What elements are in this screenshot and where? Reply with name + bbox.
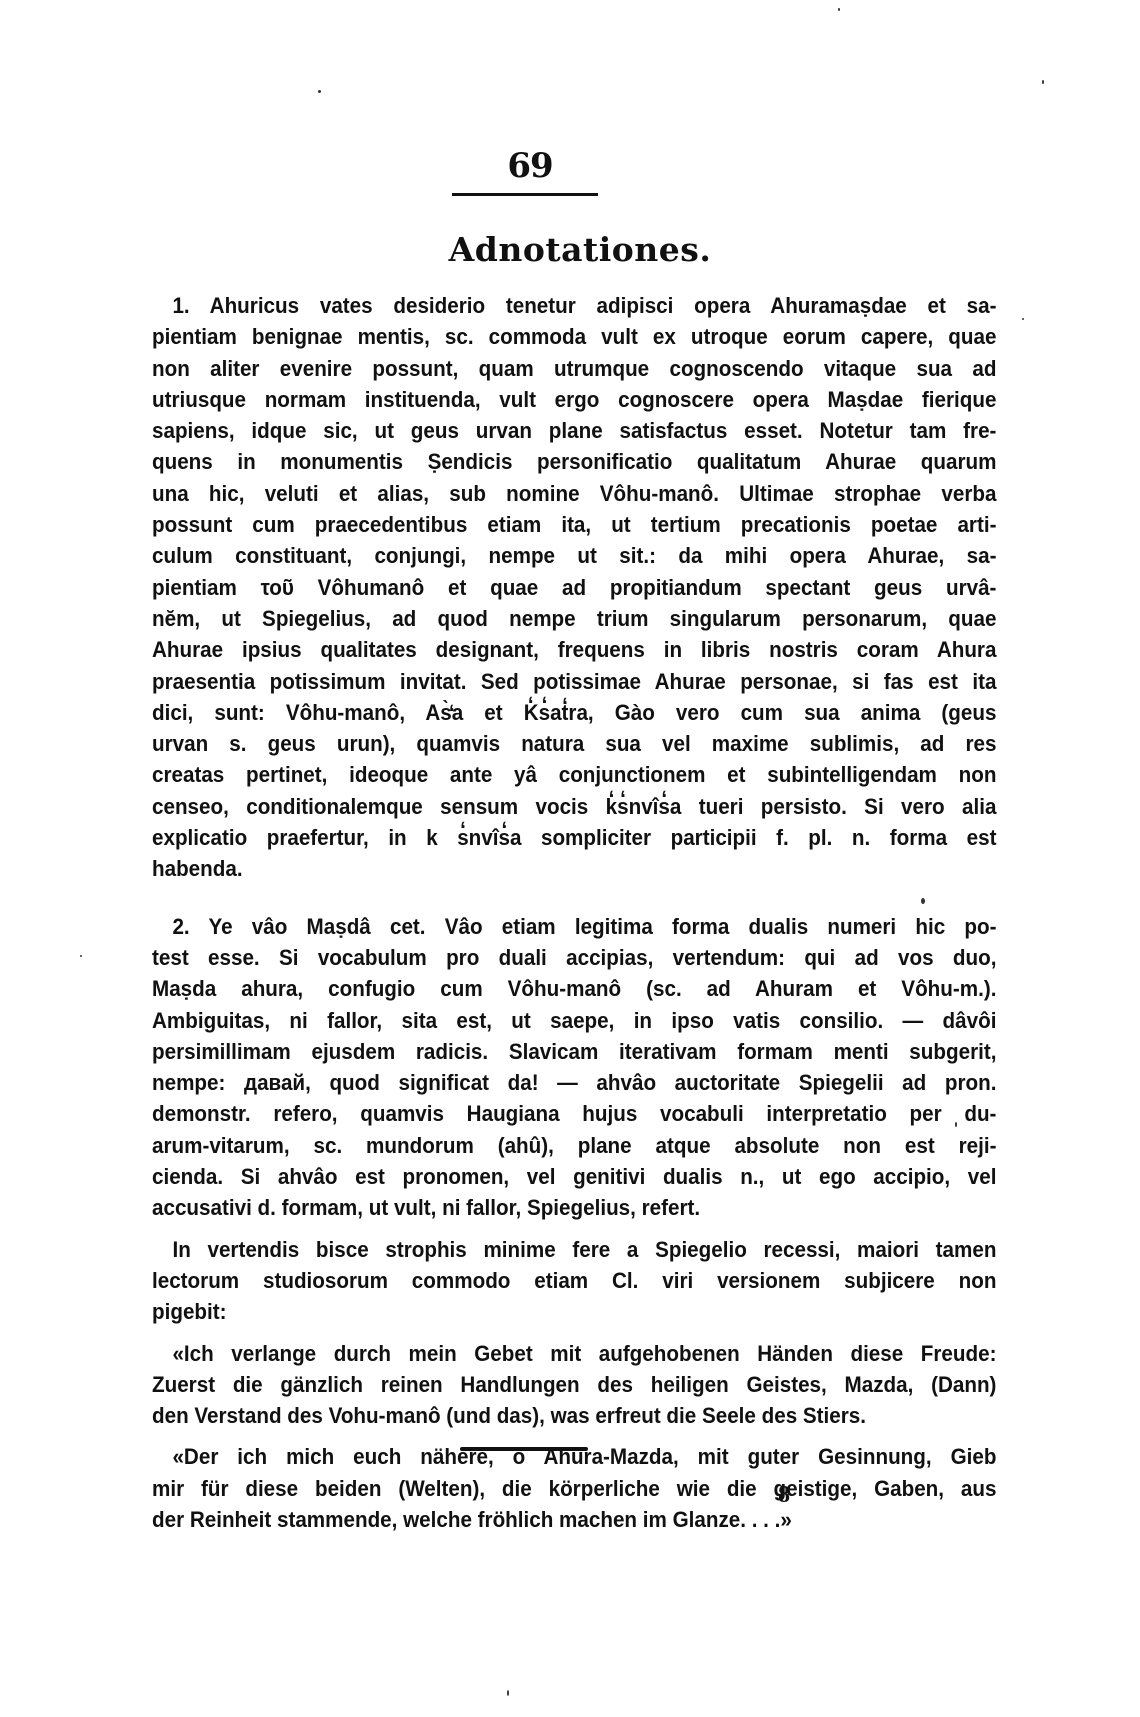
scan-speck <box>507 1690 509 1696</box>
scan-speck <box>318 90 321 93</box>
note-line: nempe: давай, quod significat da! — ahvâ… <box>152 1067 996 1098</box>
note-line: creatas pertinet, ideoque ante yâ conjun… <box>152 759 996 790</box>
note-line: praesentia potissimum invitat. Sed potis… <box>152 666 996 697</box>
scan-speck <box>921 898 925 904</box>
page-number: 69 <box>470 146 590 186</box>
note-line: una hic, veluti et alias, sub nomine Vôh… <box>152 478 996 509</box>
quote-line: Zuerst die gänzlich reinen Handlungen de… <box>152 1369 996 1400</box>
note-line: Maṣda ahura, confugio cum Vôhu-manô (sc.… <box>152 973 996 1004</box>
quote-2: «Der ich mich euch nähere, o Ahura-Mazda… <box>152 1441 996 1535</box>
note-line: arum-vitarum, sc. mundorum (ahû), plane … <box>152 1130 996 1161</box>
note-line: 1. Ahuricus vates desiderio tenetur adip… <box>152 290 996 321</box>
note-line: nĕm, ut Spiegelius, ad quod nempe trium … <box>152 603 996 634</box>
note-1: 1. Ahuricus vates desiderio tenetur adip… <box>152 290 996 885</box>
signature-mark: 8 <box>778 1480 790 1510</box>
note-line: accusativi d. formam, ut vult, ni fallor… <box>152 1192 996 1223</box>
note-line: persimillimam ejusdem radicis. Slavicam … <box>152 1036 996 1067</box>
note-line: 2. Ye vâo Maṣdâ cet. Vâo etiam legitima … <box>152 911 996 942</box>
note-line: explicatio praefertur, in k s̒nvîs̒a som… <box>152 822 996 853</box>
intro-line: In vertendis bisce strophis minime fere … <box>152 1234 996 1265</box>
page-title: Adnotationes. <box>300 228 860 272</box>
annotations-body: 1. Ahuricus vates desiderio tenetur adip… <box>152 290 996 1535</box>
intro-line: lectorum studiosorum commodo etiam Cl. v… <box>152 1265 996 1296</box>
note-line: demonstr. refero, quamvis Haugiana hujus… <box>152 1098 996 1129</box>
note-number: 1. <box>172 293 189 318</box>
note-line: sapiens, idque sic, ut geus urvan plane … <box>152 415 996 446</box>
quote-line: der Reinheit stammende, welche fröhlich … <box>152 1504 996 1535</box>
quote-1: «Ich verlange durch mein Gebet mit aufge… <box>152 1338 996 1432</box>
scan-speck <box>80 955 82 957</box>
note-line: utriusque normam instituenda, vult ergo … <box>152 384 996 415</box>
quote-line: den Verstand des Vohu-manô (und das), wa… <box>152 1400 996 1431</box>
note-line: dici, sunt: Vôhu-manô, As̀̒a et K̒s̒at̒r… <box>152 697 996 728</box>
header-rule <box>452 193 598 196</box>
note-line: test esse. Si vocabulum pro duali accipi… <box>152 942 996 973</box>
quote-line: mir für diese beiden (Welten), die körpe… <box>152 1473 996 1504</box>
note-line: pientiam benignae mentis, sc. commoda vu… <box>152 321 996 352</box>
note-line: pientiam τοῦ Vôhumanô et quae ad propiti… <box>152 572 996 603</box>
footer-rule <box>460 1447 588 1451</box>
note-line: culum constituant, conjungi, nempe ut si… <box>152 540 996 571</box>
note-line: Ambiguitas, ni fallor, sita est, ut saep… <box>152 1005 996 1036</box>
scan-speck <box>1022 318 1024 320</box>
intro-line: pigebit: <box>152 1296 996 1327</box>
note-line: quens in monumentis Ṣendicis personifica… <box>152 446 996 477</box>
note-line: possunt cum praecedentibus etiam ita, ut… <box>152 509 996 540</box>
note-line: non aliter evenire possunt, quam utrumqu… <box>152 353 996 384</box>
note-line: censeo, conditionalemque sensum vocis k̒… <box>152 791 996 822</box>
note-number: 2. <box>172 914 189 939</box>
scan-speck <box>955 1122 957 1127</box>
translation-intro: In vertendis bisce strophis minime fere … <box>152 1234 996 1328</box>
quote-line: «Ich verlange durch mein Gebet mit aufge… <box>152 1338 996 1369</box>
scan-speck <box>1042 80 1044 84</box>
note-2: 2. Ye vâo Maṣdâ cet. Vâo etiam legitima … <box>152 911 996 1224</box>
note-line: urvan s. geus urun), quamvis natura sua … <box>152 728 996 759</box>
note-line: cienda. Si ahvâo est pronomen, vel genit… <box>152 1161 996 1192</box>
note-line: habenda. <box>152 853 996 884</box>
note-line: Ahurae ipsius qualitates designant, freq… <box>152 634 996 665</box>
scan-speck <box>838 8 840 11</box>
